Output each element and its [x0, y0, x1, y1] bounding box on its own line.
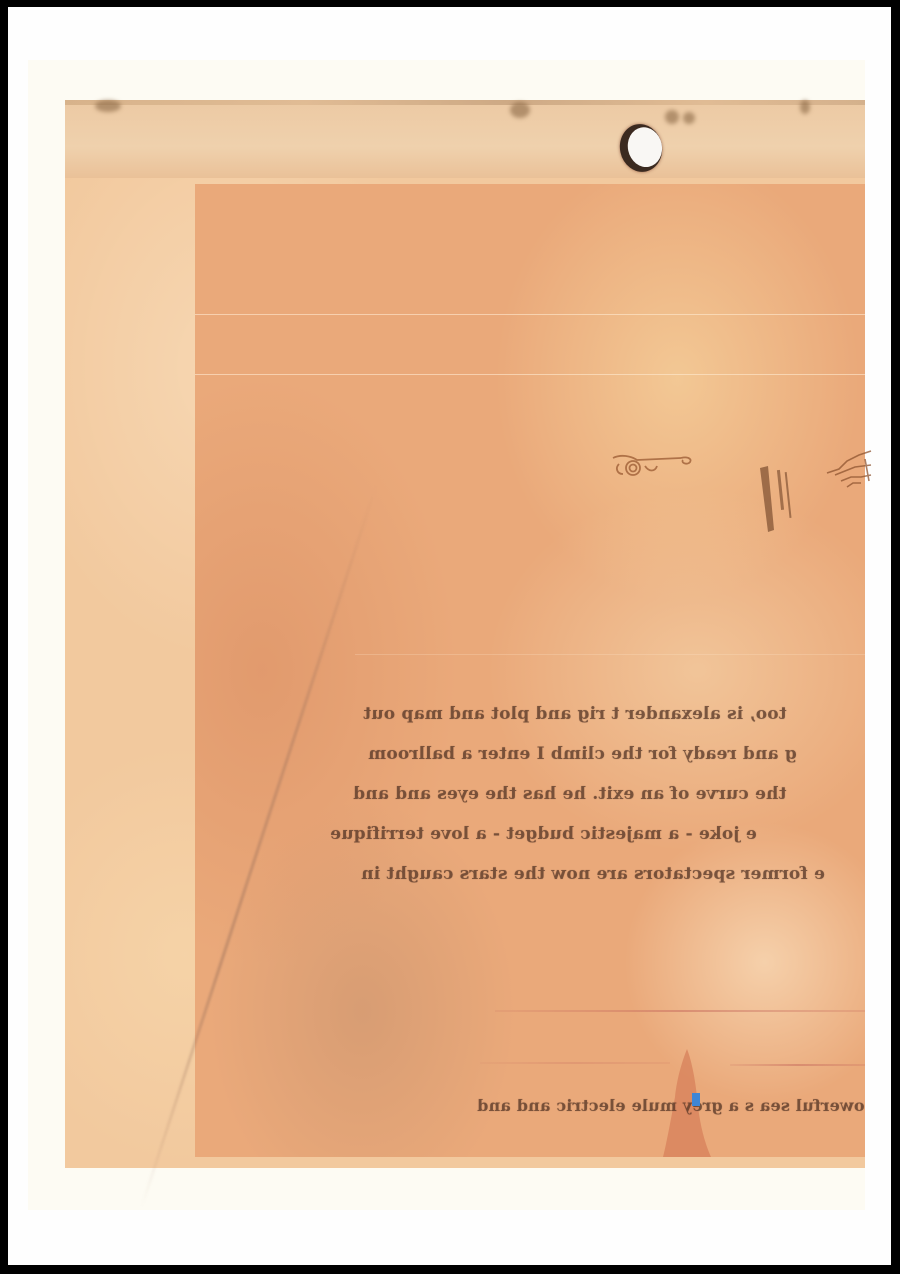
stain-mark — [95, 100, 121, 112]
card-top-band — [65, 100, 865, 178]
mirrored-text-line: too, is alexander t rig and plot and map… — [363, 704, 787, 724]
page-background: too, is alexander t rig and plot and map… — [8, 7, 891, 1265]
mirrored-text-line: e joke - a majestic budget - a love terr… — [330, 824, 757, 844]
stain-mark — [665, 110, 679, 124]
aged-card: too, is alexander t rig and plot and map… — [65, 100, 865, 1168]
faded-rule — [480, 1062, 670, 1064]
stain-mark — [800, 100, 810, 114]
faded-rule — [730, 1064, 865, 1066]
mirrored-footer-line: owerful sea s a grey mule electric and a… — [477, 1096, 865, 1115]
punch-hole-opening — [624, 124, 666, 170]
faded-rule — [495, 1010, 865, 1012]
mirrored-text-line: g and ready for the climb I enter a ball… — [368, 744, 797, 764]
mirrored-text-line: the curve of an exit. he has the eyes an… — [353, 784, 787, 804]
stain-mark — [510, 102, 530, 118]
blue-ink-mark — [692, 1093, 700, 1106]
inner-panel: too, is alexander t rig and plot and map… — [195, 184, 865, 1157]
mirrored-text-line: e former spectators are now the stars ca… — [361, 864, 825, 884]
punch-hole-icon — [615, 120, 666, 176]
stain-mark — [683, 112, 695, 124]
